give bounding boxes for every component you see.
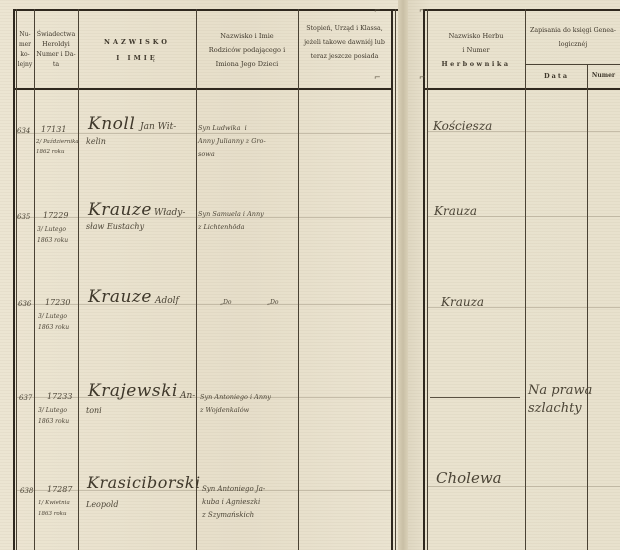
parents: Syn Antoniego Ja- kuba i Agnieszki z Szy… <box>202 483 265 522</box>
given-name: Jan Wit- <box>140 122 176 132</box>
coat-of-arms: Kościesza <box>433 119 492 133</box>
certificate-date: 3/ Lutego 1863 roku <box>37 224 68 246</box>
header-herb-label: Nazwisko Herbu i Numer <box>449 29 504 57</box>
table-left-border <box>13 9 15 550</box>
margin-mark: ⌐ <box>419 6 426 15</box>
surname: Krasiciborski <box>87 473 201 492</box>
margin-mark: ⌐ <box>374 6 381 15</box>
given-name: Włady- <box>154 208 185 218</box>
parents: Syn Samuela i Anny z Lichtenhöda <box>198 208 264 234</box>
entry-number: 635 <box>17 212 30 222</box>
header-certificate: Świadectwa Heroldyi Numer i Da- ta <box>34 12 78 88</box>
given-name: Adolf <box>155 296 179 306</box>
certificate-number: 17287 <box>47 484 72 495</box>
herb-blank-line <box>430 397 520 398</box>
given-name: An- <box>180 391 195 401</box>
header-number: Numer <box>587 64 620 88</box>
col-divider-herb <box>525 9 526 550</box>
entry-note: Na prawa szlachty <box>528 382 592 418</box>
parents-ditto: „Do <box>220 296 232 309</box>
given-name-continued: Leopold <box>86 500 118 509</box>
header-genealogical-book: Zapisania do księgi Genea- logicznéj <box>526 12 620 64</box>
table-left-border-inner <box>16 9 17 550</box>
parents: Syn Antoniego i Anny z Wojdenkalów <box>200 391 271 417</box>
surname: Krauze <box>88 200 152 220</box>
parents: Syn Ludwika i Anny Julianny z Gro- sowa <box>198 122 266 161</box>
given-name-continued: kelin <box>86 137 106 146</box>
col-divider-nr <box>34 9 35 550</box>
row-guide <box>16 304 391 305</box>
header-herb: Nazwisko Herbu i Numer Herbownika <box>427 14 525 86</box>
surname: Krajewski <box>88 381 178 401</box>
right-table-top-border <box>423 9 620 11</box>
certificate-date: 3/ Lutego 1863 roku <box>38 405 69 427</box>
margin-mark: ⌐ <box>374 73 381 82</box>
header-name-label: I IMIĘ <box>116 52 158 64</box>
entry-number: 638 <box>20 486 33 496</box>
coat-of-arms: Krauza <box>441 295 484 309</box>
certificate-number: 17131 <box>41 124 66 135</box>
col-divider-parents <box>298 9 299 550</box>
header-date: Data <box>526 64 587 88</box>
certificate-number: 17233 <box>47 391 72 402</box>
margin-mark: ⌐ <box>419 73 426 82</box>
header-herbownik-label: Herbownika <box>441 57 510 71</box>
table-right-border-outer <box>395 9 396 550</box>
coat-of-arms: Cholewa <box>436 469 502 487</box>
header-nr: Nu- mer ko- lejny <box>16 12 34 88</box>
right-header-bottom-border <box>423 88 620 90</box>
table-right-border <box>391 9 393 550</box>
certificate-number: 17230 <box>45 297 70 308</box>
right-table-left-border <box>423 9 425 550</box>
header-rank: Stopień, Urząd i Klassa, jeżeli takowe d… <box>298 12 391 74</box>
col-divider-cert <box>78 9 79 550</box>
certificate-number: 17229 <box>43 210 68 221</box>
certificate-date: 1/ Kwietnia 1863 roku <box>38 498 70 520</box>
entry-number: 634 <box>17 126 30 136</box>
entry-number: 637 <box>19 393 32 403</box>
col-divider-name <box>196 9 197 550</box>
entry-number: 636 <box>18 299 31 309</box>
parents-ditto: „Do <box>267 296 279 309</box>
certificate-date: 3/ Lutego 1863 roku <box>38 311 69 333</box>
header-parents: Nazwisko i Imie Rodziców podającego i Im… <box>196 12 298 88</box>
given-name-continued: sław Eustachy <box>86 222 144 231</box>
book-gutter <box>398 0 408 550</box>
surname: Knoll <box>88 114 135 134</box>
header-bottom-border <box>13 88 393 90</box>
surname: Krauze <box>88 287 152 307</box>
right-table-left-border-inner <box>427 9 428 550</box>
coat-of-arms: Krauza <box>434 204 477 218</box>
header-surname-label: NAZWISKO <box>104 36 170 48</box>
given-name-continued: toni <box>86 406 102 415</box>
table-top-border <box>13 9 398 11</box>
header-surname-name: NAZWISKO I IMIĘ <box>78 14 196 86</box>
certificate-date: 2/ Października 1862 roku <box>36 137 79 157</box>
